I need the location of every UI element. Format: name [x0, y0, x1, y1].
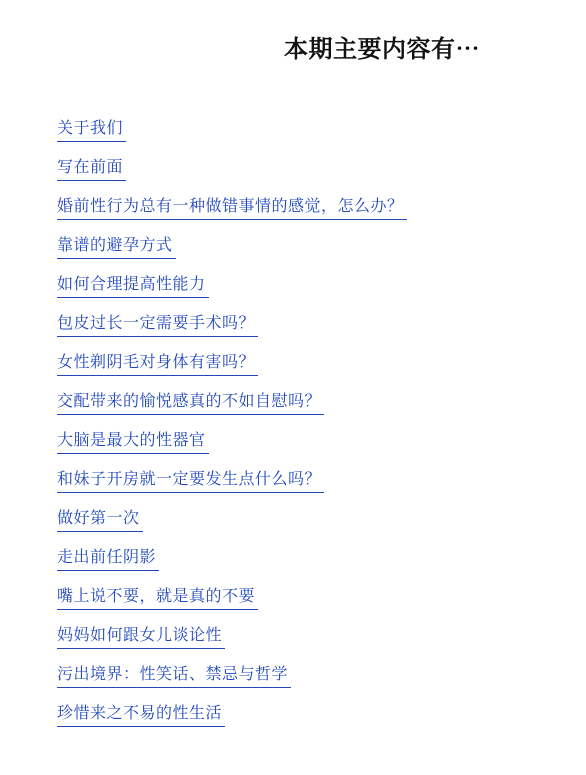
toc-link[interactable]: 女性剃阴毛对身体有害吗？	[57, 353, 258, 376]
toc-link[interactable]: 做好第一次	[57, 509, 143, 532]
toc-item: 和妹子开房就一定要发生点什么吗？	[57, 462, 586, 501]
toc-link[interactable]: 和妹子开房就一定要发生点什么吗？	[57, 470, 324, 493]
toc-item: 关于我们	[57, 111, 586, 150]
toc-link[interactable]: 走出前任阴影	[57, 548, 159, 571]
toc-item: 包皮过长一定需要手术吗？	[57, 306, 586, 345]
toc-item: 大脑是最大的性器官	[57, 423, 586, 462]
toc-item: 妈妈如何跟女儿谈论性	[57, 618, 586, 657]
toc-link[interactable]: 写在前面	[57, 158, 126, 181]
toc-link[interactable]: 关于我们	[57, 119, 126, 142]
toc-link[interactable]: 大脑是最大的性器官	[57, 431, 209, 454]
toc-link[interactable]: 婚前性行为总有一种做错事情的感觉，怎么办？	[57, 197, 407, 220]
toc-item: 做好第一次	[57, 501, 586, 540]
toc-item: 写在前面	[57, 150, 586, 189]
toc-link[interactable]: 妈妈如何跟女儿谈论性	[57, 626, 225, 649]
document-page: 本期主要内容有⋯ 关于我们 写在前面 婚前性行为总有一种做错事情的感觉，怎么办？…	[0, 36, 586, 735]
toc-item: 如何合理提高性能力	[57, 267, 586, 306]
toc-link[interactable]: 如何合理提高性能力	[57, 275, 209, 298]
toc-item: 污出境界：性笑话、禁忌与哲学	[57, 657, 586, 696]
toc-link[interactable]: 嘴上说不要，就是真的不要	[57, 587, 258, 610]
toc-item: 交配带来的愉悦感真的不如自慰吗？	[57, 384, 586, 423]
toc-item: 女性剃阴毛对身体有害吗？	[57, 345, 586, 384]
toc-item: 嘴上说不要，就是真的不要	[57, 579, 586, 618]
toc-item: 珍惜来之不易的性生活	[57, 696, 586, 735]
page-title: 本期主要内容有⋯	[57, 36, 586, 64]
toc-item: 走出前任阴影	[57, 540, 586, 579]
toc-link[interactable]: 污出境界：性笑话、禁忌与哲学	[57, 665, 291, 688]
toc-link[interactable]: 包皮过长一定需要手术吗？	[57, 314, 258, 337]
toc-item: 婚前性行为总有一种做错事情的感觉，怎么办？	[57, 189, 586, 228]
toc-link[interactable]: 交配带来的愉悦感真的不如自慰吗？	[57, 392, 324, 415]
table-of-contents: 关于我们 写在前面 婚前性行为总有一种做错事情的感觉，怎么办？ 靠谱的避孕方式 …	[57, 111, 586, 735]
toc-item: 靠谱的避孕方式	[57, 228, 586, 267]
toc-link[interactable]: 珍惜来之不易的性生活	[57, 704, 225, 727]
toc-link[interactable]: 靠谱的避孕方式	[57, 236, 176, 259]
